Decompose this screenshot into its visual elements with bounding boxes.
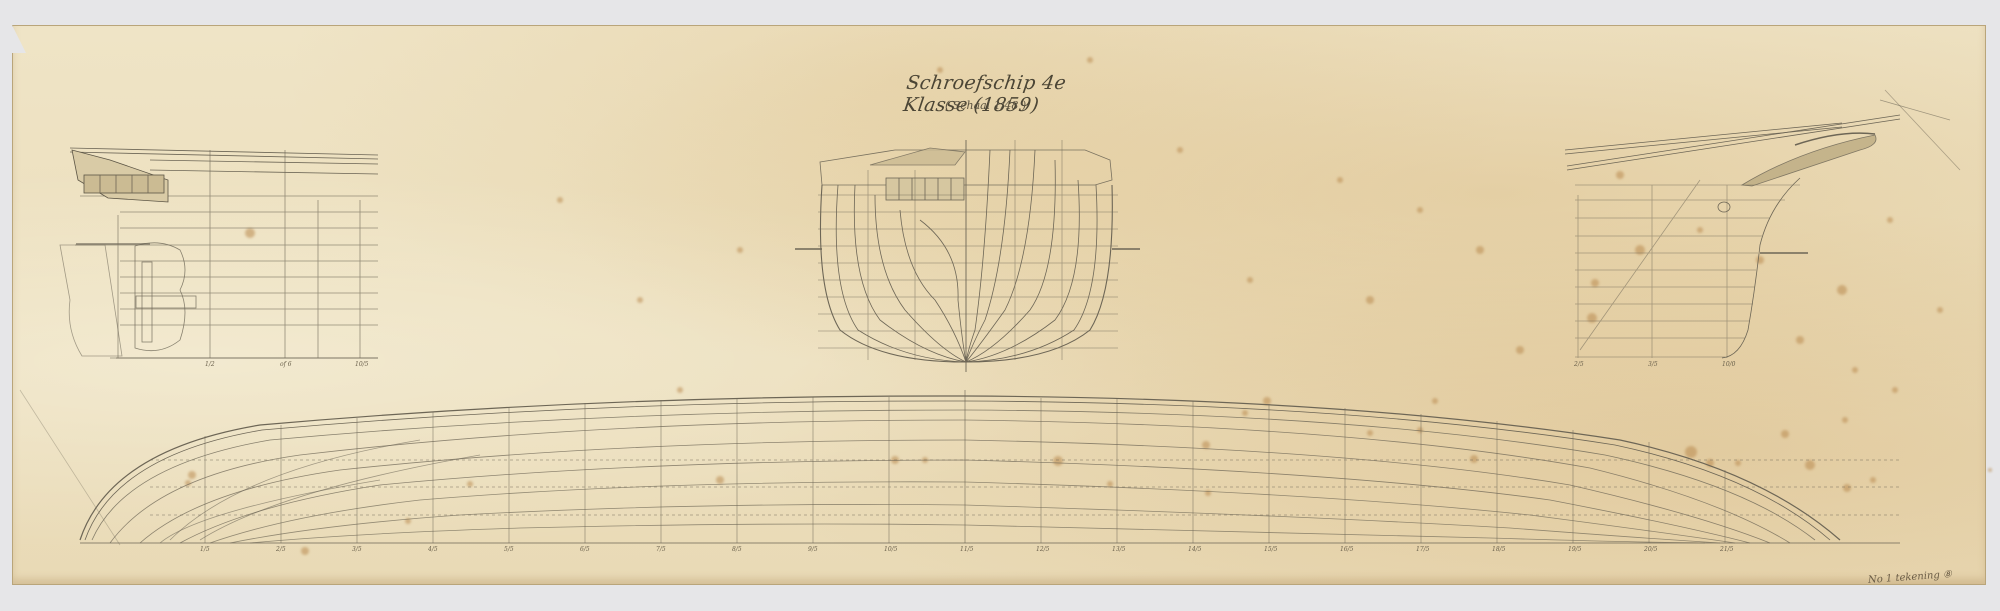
- half-breadth-plan: [20, 390, 1900, 545]
- bow-baseline-label: 2/5: [1574, 361, 1584, 368]
- station-label: 21/5: [1720, 546, 1733, 553]
- foxing-stains: [185, 57, 1992, 555]
- station-label: 13/5: [1112, 546, 1125, 553]
- stern-baseline-label: of 6: [280, 361, 292, 368]
- station-label: 16/5: [1340, 546, 1353, 553]
- stern-baseline-label: 1/2: [205, 361, 215, 368]
- body-plan: [795, 140, 1140, 372]
- station-label: 6/5: [580, 546, 590, 553]
- bow-baseline-label: 3/5: [1648, 361, 1658, 368]
- station-label: 20/5: [1644, 546, 1657, 553]
- station-label: 18/5: [1492, 546, 1505, 553]
- station-label: 2/5: [276, 546, 286, 553]
- station-label: 15/5: [1264, 546, 1277, 553]
- station-label: 5/5: [504, 546, 514, 553]
- stern-profile: [60, 148, 378, 358]
- station-label: 17/5: [1416, 546, 1429, 553]
- bow-profile: [1565, 90, 1960, 358]
- station-label: 10/5: [884, 546, 897, 553]
- station-label: 14/5: [1188, 546, 1201, 553]
- drawing-subtitle: ( Schaal 1/48 ): [945, 99, 1065, 112]
- bow-baseline-label: 10/0: [1722, 361, 1735, 368]
- station-label: 4/5: [428, 546, 438, 553]
- station-label: 12/5: [1036, 546, 1049, 553]
- station-label: 1/5: [200, 546, 210, 553]
- station-label: 8/5: [732, 546, 742, 553]
- station-label: 19/5: [1568, 546, 1581, 553]
- station-label: 11/5: [960, 546, 973, 553]
- station-label: 3/5: [352, 546, 362, 553]
- station-label: 7/5: [656, 546, 666, 553]
- station-label: 9/5: [808, 546, 818, 553]
- stern-baseline-label: 10/5: [355, 361, 368, 368]
